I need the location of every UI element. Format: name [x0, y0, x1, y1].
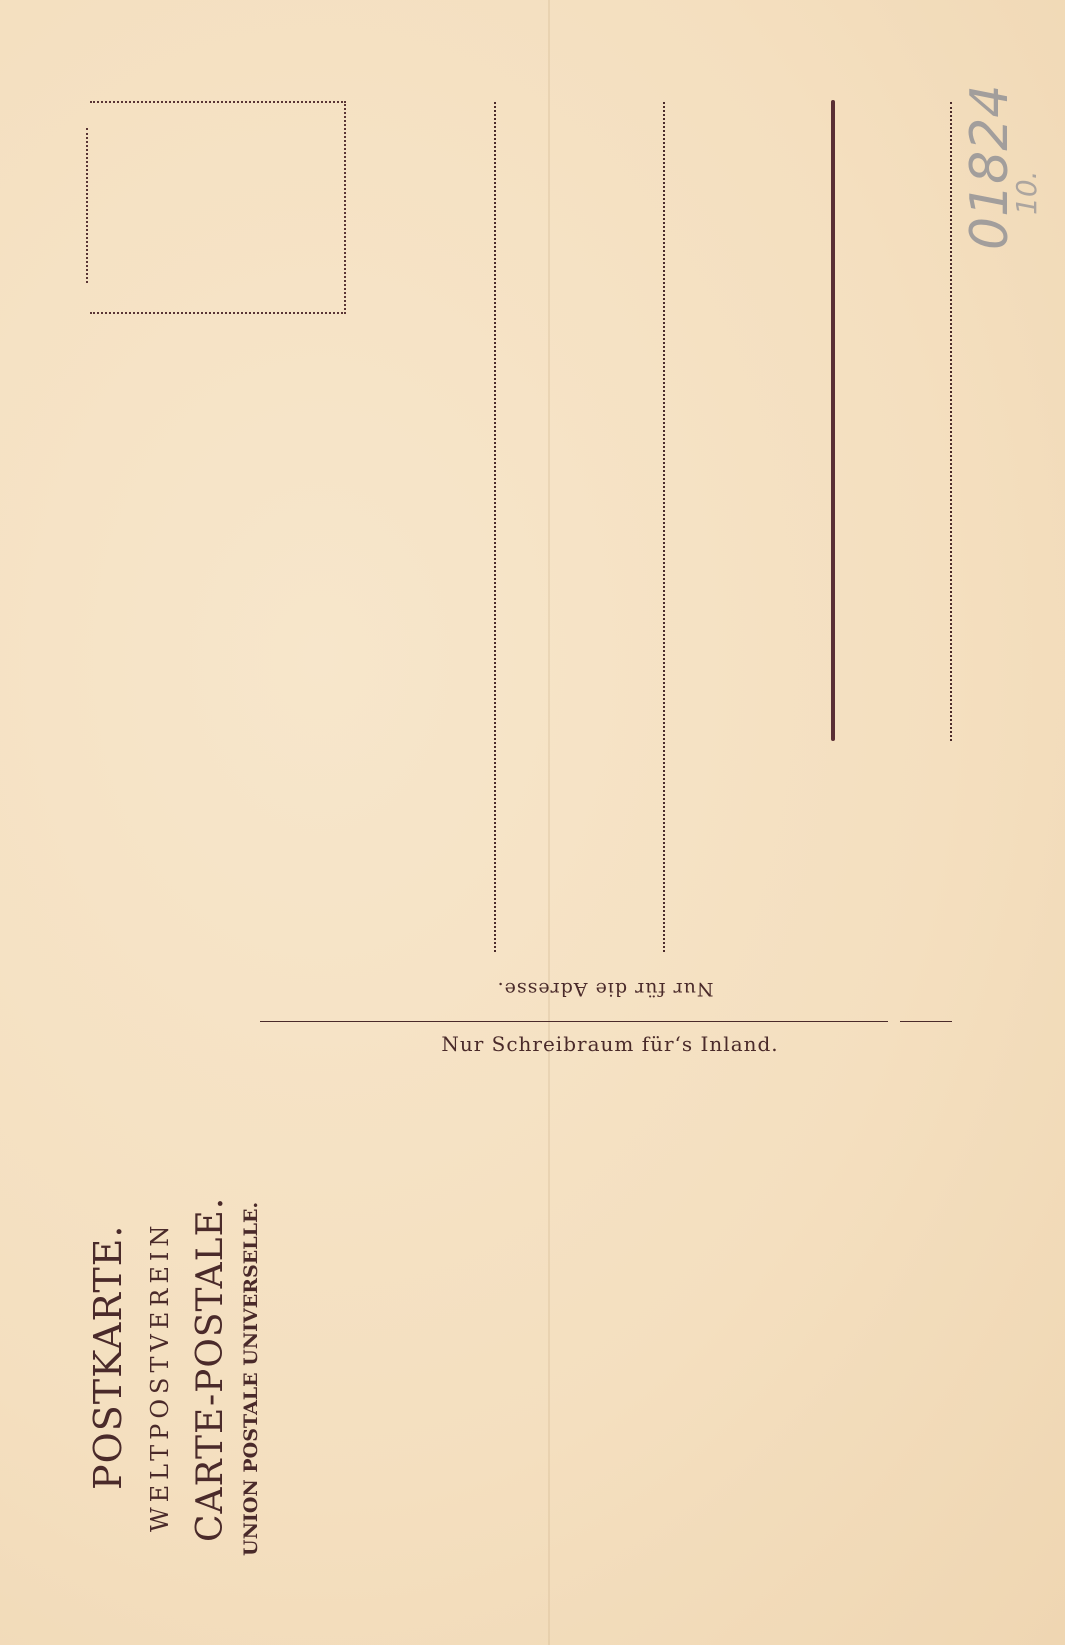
address-line-1 — [494, 102, 496, 952]
stamp-box — [90, 101, 346, 314]
pencil-mark: 10. — [1010, 170, 1043, 215]
address-note: Nur für die Adresse. — [455, 978, 755, 1000]
union-postale-label: UNION POSTALE UNIVERSELLE. — [240, 1202, 262, 1556]
writing-note: Nur Schreibraum für‘s Inland. — [380, 1032, 840, 1056]
address-line-solid — [831, 100, 835, 741]
carte-postale-title: CARTE-POSTALE. — [190, 1197, 231, 1542]
address-line-4 — [950, 102, 952, 741]
pencil-inventory-number: 01824 — [960, 85, 1020, 250]
postkarte-title: POSTKARTE. — [86, 1225, 130, 1491]
center-fold — [548, 0, 550, 1645]
address-line-2 — [663, 102, 665, 952]
stamp-box-left-edge — [86, 128, 88, 283]
divider-line — [260, 1021, 888, 1022]
divider-line-short — [900, 1021, 952, 1022]
weltpostverein-label: WELTPOSTVEREIN — [146, 1221, 174, 1532]
